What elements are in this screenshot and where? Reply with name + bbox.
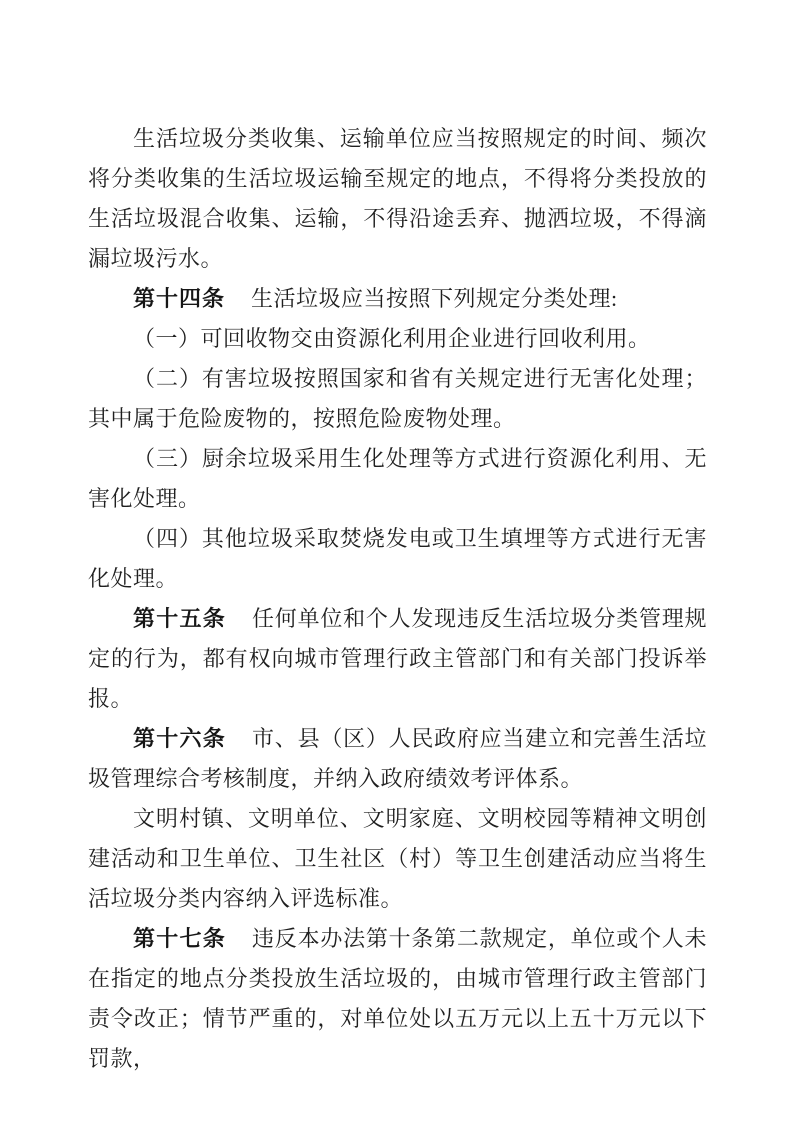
article-number: 第十六条 [133, 726, 226, 751]
paragraph-text: （二）有害垃圾按照国家和省有关规定进行无害化处理；其中属于危险废物的，按照危险废… [88, 366, 707, 431]
document-page: 生活垃圾分类收集、运输单位应当按照规定的时间、频次将分类收集的生活垃圾运输至规定… [0, 0, 794, 1123]
document-text-block: 生活垃圾分类收集、运输单位应当按照规定的时间、频次将分类收集的生活垃圾运输至规定… [88, 119, 707, 1079]
paragraph-article-17: 第十七条违反本办法第十条第二款规定，单位或个人未在指定的地点分类投放生活垃圾的，… [88, 919, 707, 1079]
paragraph: 文明村镇、文明单位、文明家庭、文明校园等精神文明创建活动和卫生单位、卫生社区（村… [88, 799, 707, 919]
paragraph-item-3: （三）厨余垃圾采用生化处理等方式进行资源化利用、无害化处理。 [88, 439, 707, 519]
article-number: 第十五条 [133, 606, 226, 631]
paragraph-item-1: （一）可回收物交由资源化利用企业进行回收利用。 [88, 319, 707, 359]
paragraph: 生活垃圾分类收集、运输单位应当按照规定的时间、频次将分类收集的生活垃圾运输至规定… [88, 119, 707, 279]
paragraph-text: 生活垃圾应当按照下列规定分类处理: [251, 286, 618, 311]
paragraph-article-14: 第十四条生活垃圾应当按照下列规定分类处理: [88, 279, 707, 319]
paragraph-article-16: 第十六条市、县（区）人民政府应当建立和完善生活垃圾管理综合考核制度，并纳入政府绩… [88, 719, 707, 799]
article-number: 第十四条 [133, 286, 225, 311]
paragraph-item-2: （二）有害垃圾按照国家和省有关规定进行无害化处理；其中属于危险废物的，按照危险废… [88, 359, 707, 439]
paragraph-text: （一）可回收物交由资源化利用企业进行回收利用。 [133, 326, 651, 351]
paragraph-text: （四）其他垃圾采取焚烧发电或卫生填埋等方式进行无害化处理。 [88, 526, 707, 591]
paragraph-text: 文明村镇、文明单位、文明家庭、文明校园等精神文明创建活动和卫生单位、卫生社区（村… [88, 806, 707, 911]
article-number: 第十七条 [133, 926, 226, 951]
paragraph-item-4: （四）其他垃圾采取焚烧发电或卫生填埋等方式进行无害化处理。 [88, 519, 707, 599]
paragraph-text: （三）厨余垃圾采用生化处理等方式进行资源化利用、无害化处理。 [88, 446, 707, 511]
paragraph-article-15: 第十五条任何单位和个人发现违反生活垃圾分类管理规定的行为，都有权向城市管理行政主… [88, 599, 707, 719]
paragraph-text: 生活垃圾分类收集、运输单位应当按照规定的时间、频次将分类收集的生活垃圾运输至规定… [88, 126, 707, 271]
